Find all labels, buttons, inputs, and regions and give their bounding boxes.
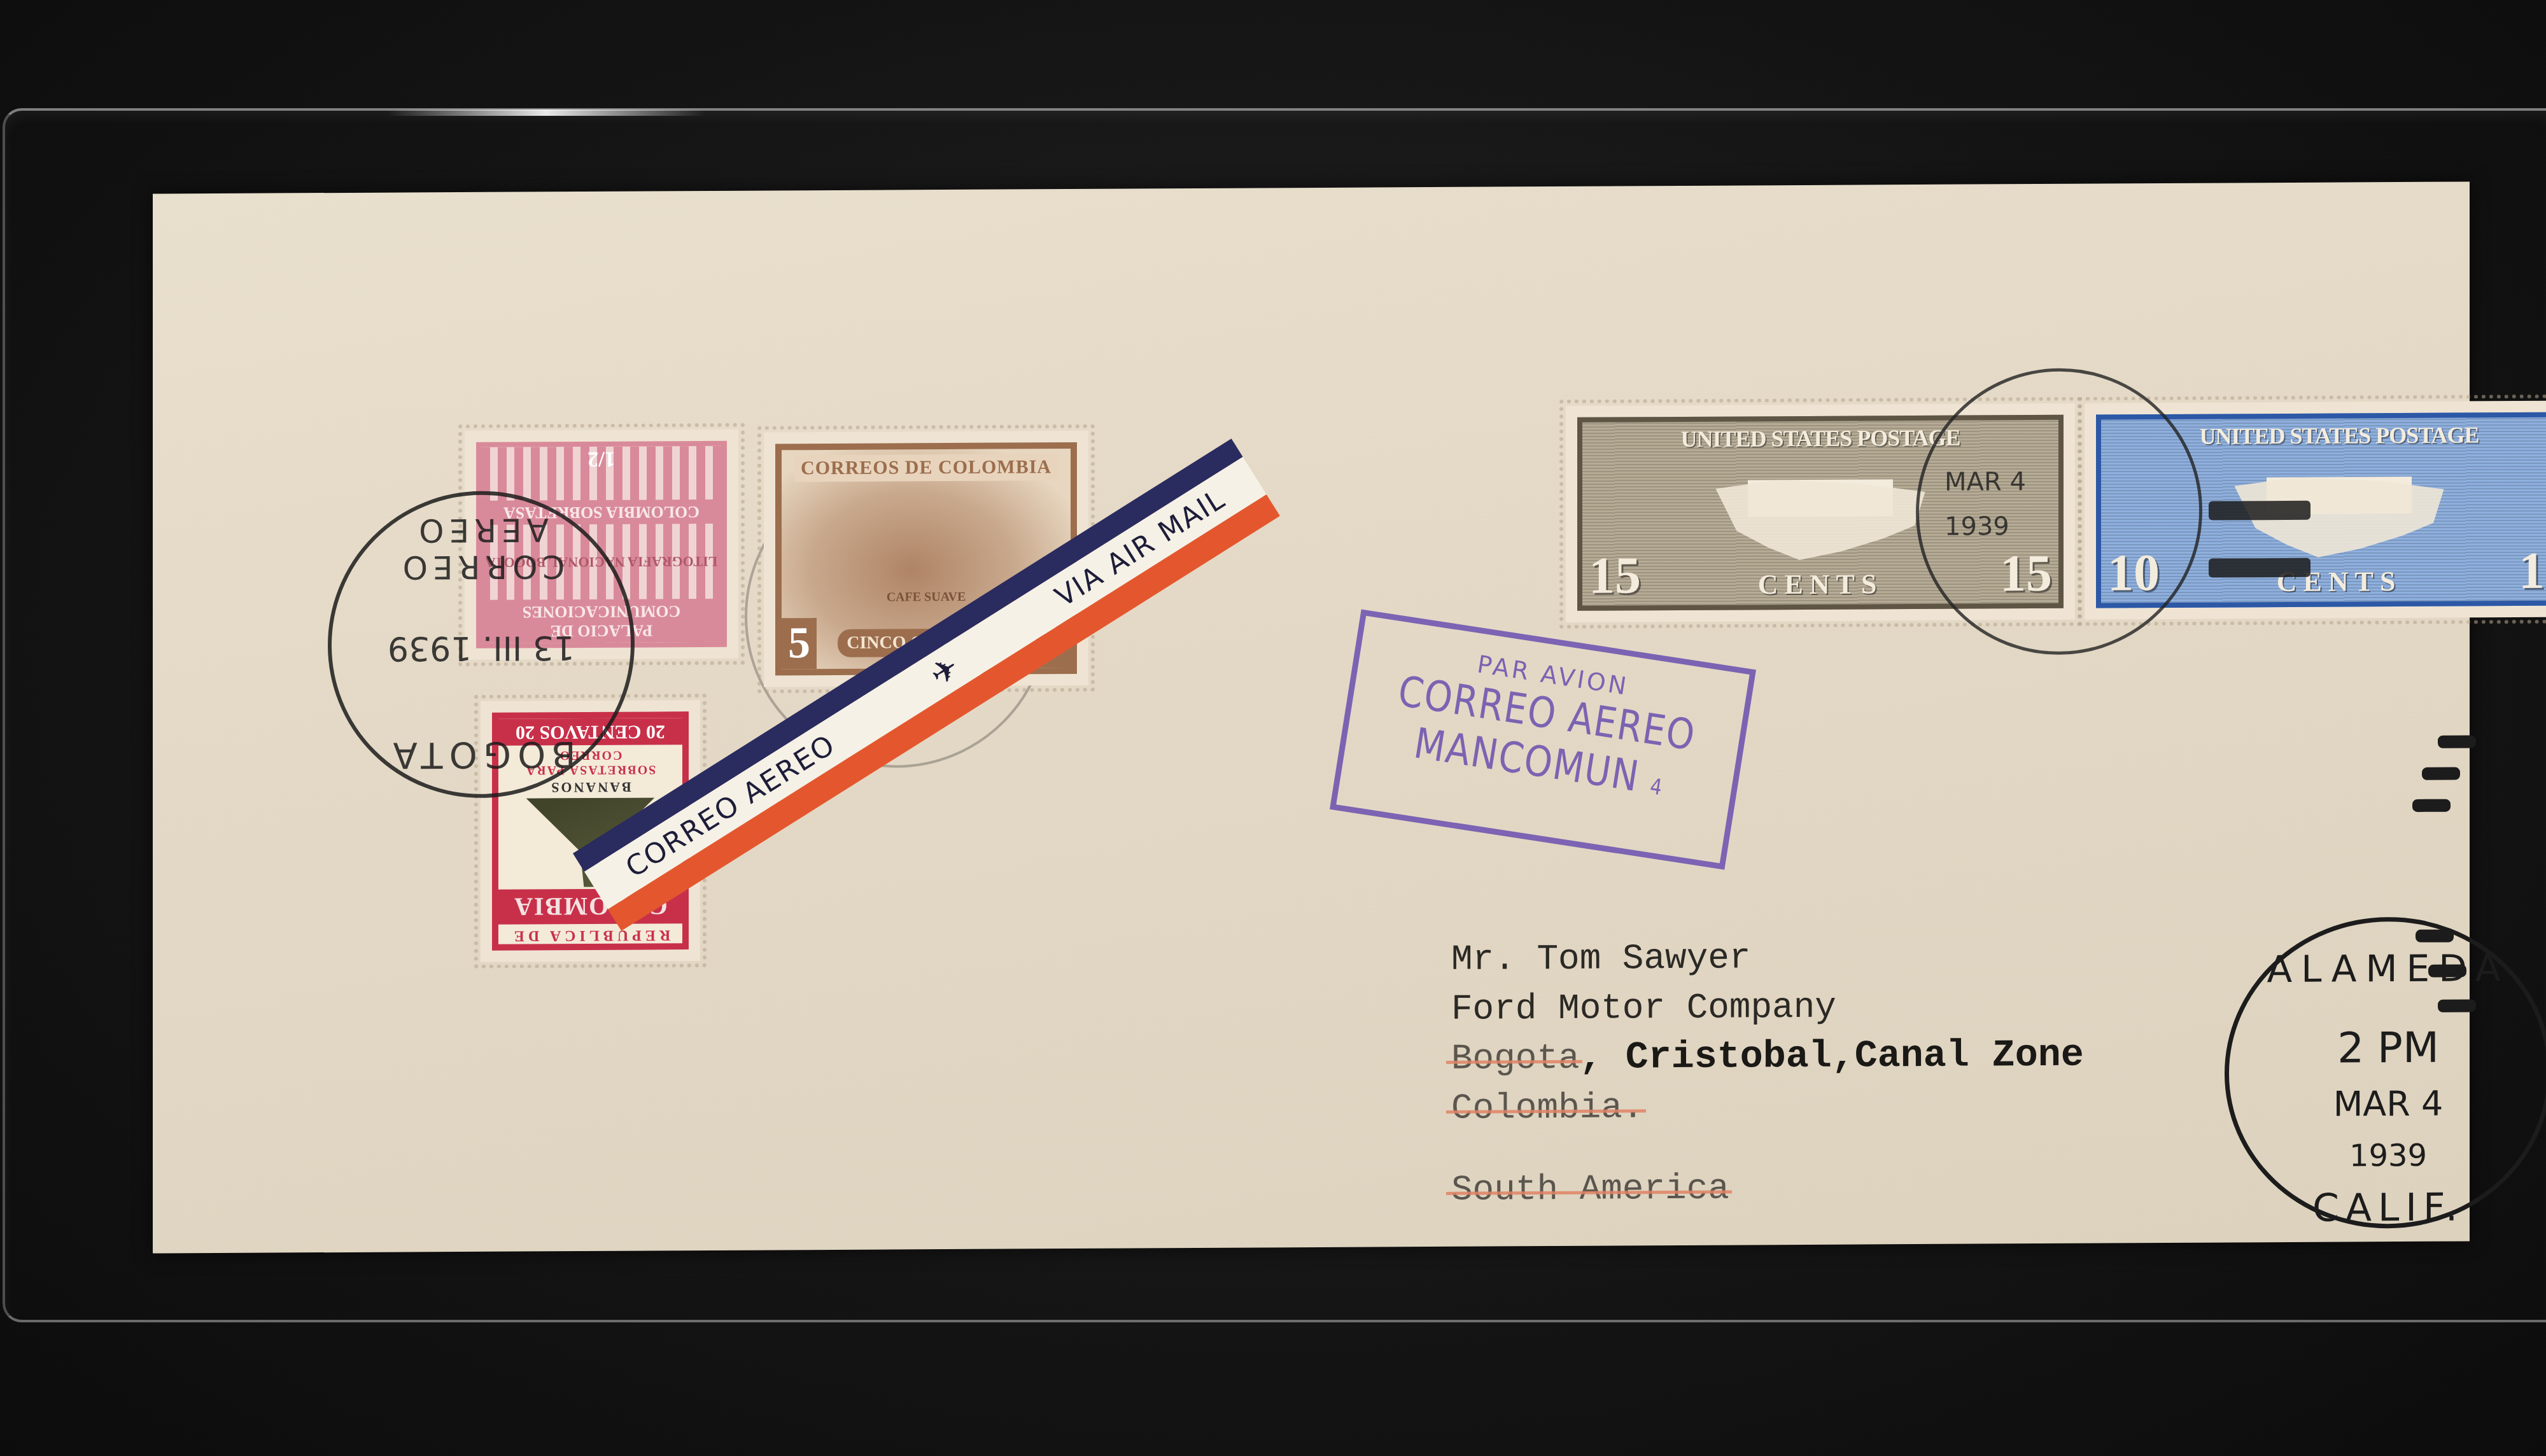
address-struck-country: Colombia.	[1451, 1087, 1643, 1129]
handstamp-correo-aereo: PAR AVION CORREO AEREO MANCOMUN 4	[1330, 609, 1756, 869]
sleeve-glare	[387, 109, 705, 116]
killer-bar	[2416, 930, 2454, 942]
address-country-line: Colombia.	[1451, 1081, 2084, 1133]
postmark-date: MAR 4	[1945, 467, 2026, 497]
postmark-us-partial: MAR 4 1939	[1916, 368, 2202, 655]
address-name: Mr. Tom Sawyer	[1451, 932, 2084, 984]
address-city-line: Bogota, Cristobal,Canal Zone	[1451, 1031, 2084, 1084]
killer-bar	[2412, 799, 2451, 812]
postmark-service: CORREO AEREO	[332, 511, 631, 586]
postmark-city: BOGOTA	[332, 733, 631, 776]
postmark-state: CALIF.	[2229, 1185, 2546, 1231]
stamp-title: CORREOS DE COLOMBIA	[794, 454, 1058, 482]
killer-bar	[2428, 964, 2466, 977]
stamp-sub: REPUBLICA DE	[510, 926, 670, 944]
postmark-year: 1939	[1945, 512, 2009, 542]
address-company: Ford Motor Company	[1451, 981, 2084, 1034]
postmark-alameda: ALAMEDA 2 PM MAR 4 1939 CALIF.	[2225, 916, 2546, 1229]
handstamp-suffix: 4	[1649, 774, 1665, 801]
address-struck-continent: South America	[1451, 1168, 1729, 1210]
stamp-value: 1/2	[587, 447, 615, 471]
stamp-value: 5	[782, 618, 817, 669]
postmark-bogota: BOGOTA 13 III. 1939 CORREO AEREO	[328, 491, 635, 799]
address-continent-line: South America	[1451, 1162, 2084, 1215]
postmark-year: 1939	[2229, 1137, 2546, 1175]
stamp-value: 10	[2519, 541, 2546, 601]
address-block: Mr. Tom Sawyer Ford Motor Company Bogota…	[1451, 932, 2084, 1215]
address-struck-city: Bogota	[1451, 1038, 1580, 1079]
killer-bar	[2438, 999, 2476, 1012]
stamp-caption: BANANOS	[549, 779, 631, 796]
postmark-time: 2 PM	[2229, 1023, 2546, 1074]
address-new-city: , Cristobal,Canal Zone	[1580, 1034, 2084, 1080]
stamp-title: UNITED STATES POSTAGE	[2199, 421, 2479, 449]
postmark-date: 13 III. 1939	[332, 628, 631, 668]
stamp-value: 15	[1589, 545, 1641, 605]
stamp-title: UNITED STATES POSTAGE	[1680, 424, 1960, 452]
killer-bar	[2422, 767, 2460, 780]
cancel-bar	[2209, 558, 2310, 578]
cancel-bar	[2209, 501, 2310, 521]
stamp-cents: CENTS	[1758, 568, 1883, 601]
postmark-city: ALAMEDA	[2229, 946, 2546, 991]
postmark-date: MAR 4	[2229, 1083, 2546, 1125]
stamp-caption: CAFE SUAVE	[887, 589, 966, 605]
killer-bar	[2438, 735, 2476, 748]
envelope: CORREO AEREO PALACIO DE COMUNICACIONES L…	[153, 181, 2470, 1253]
